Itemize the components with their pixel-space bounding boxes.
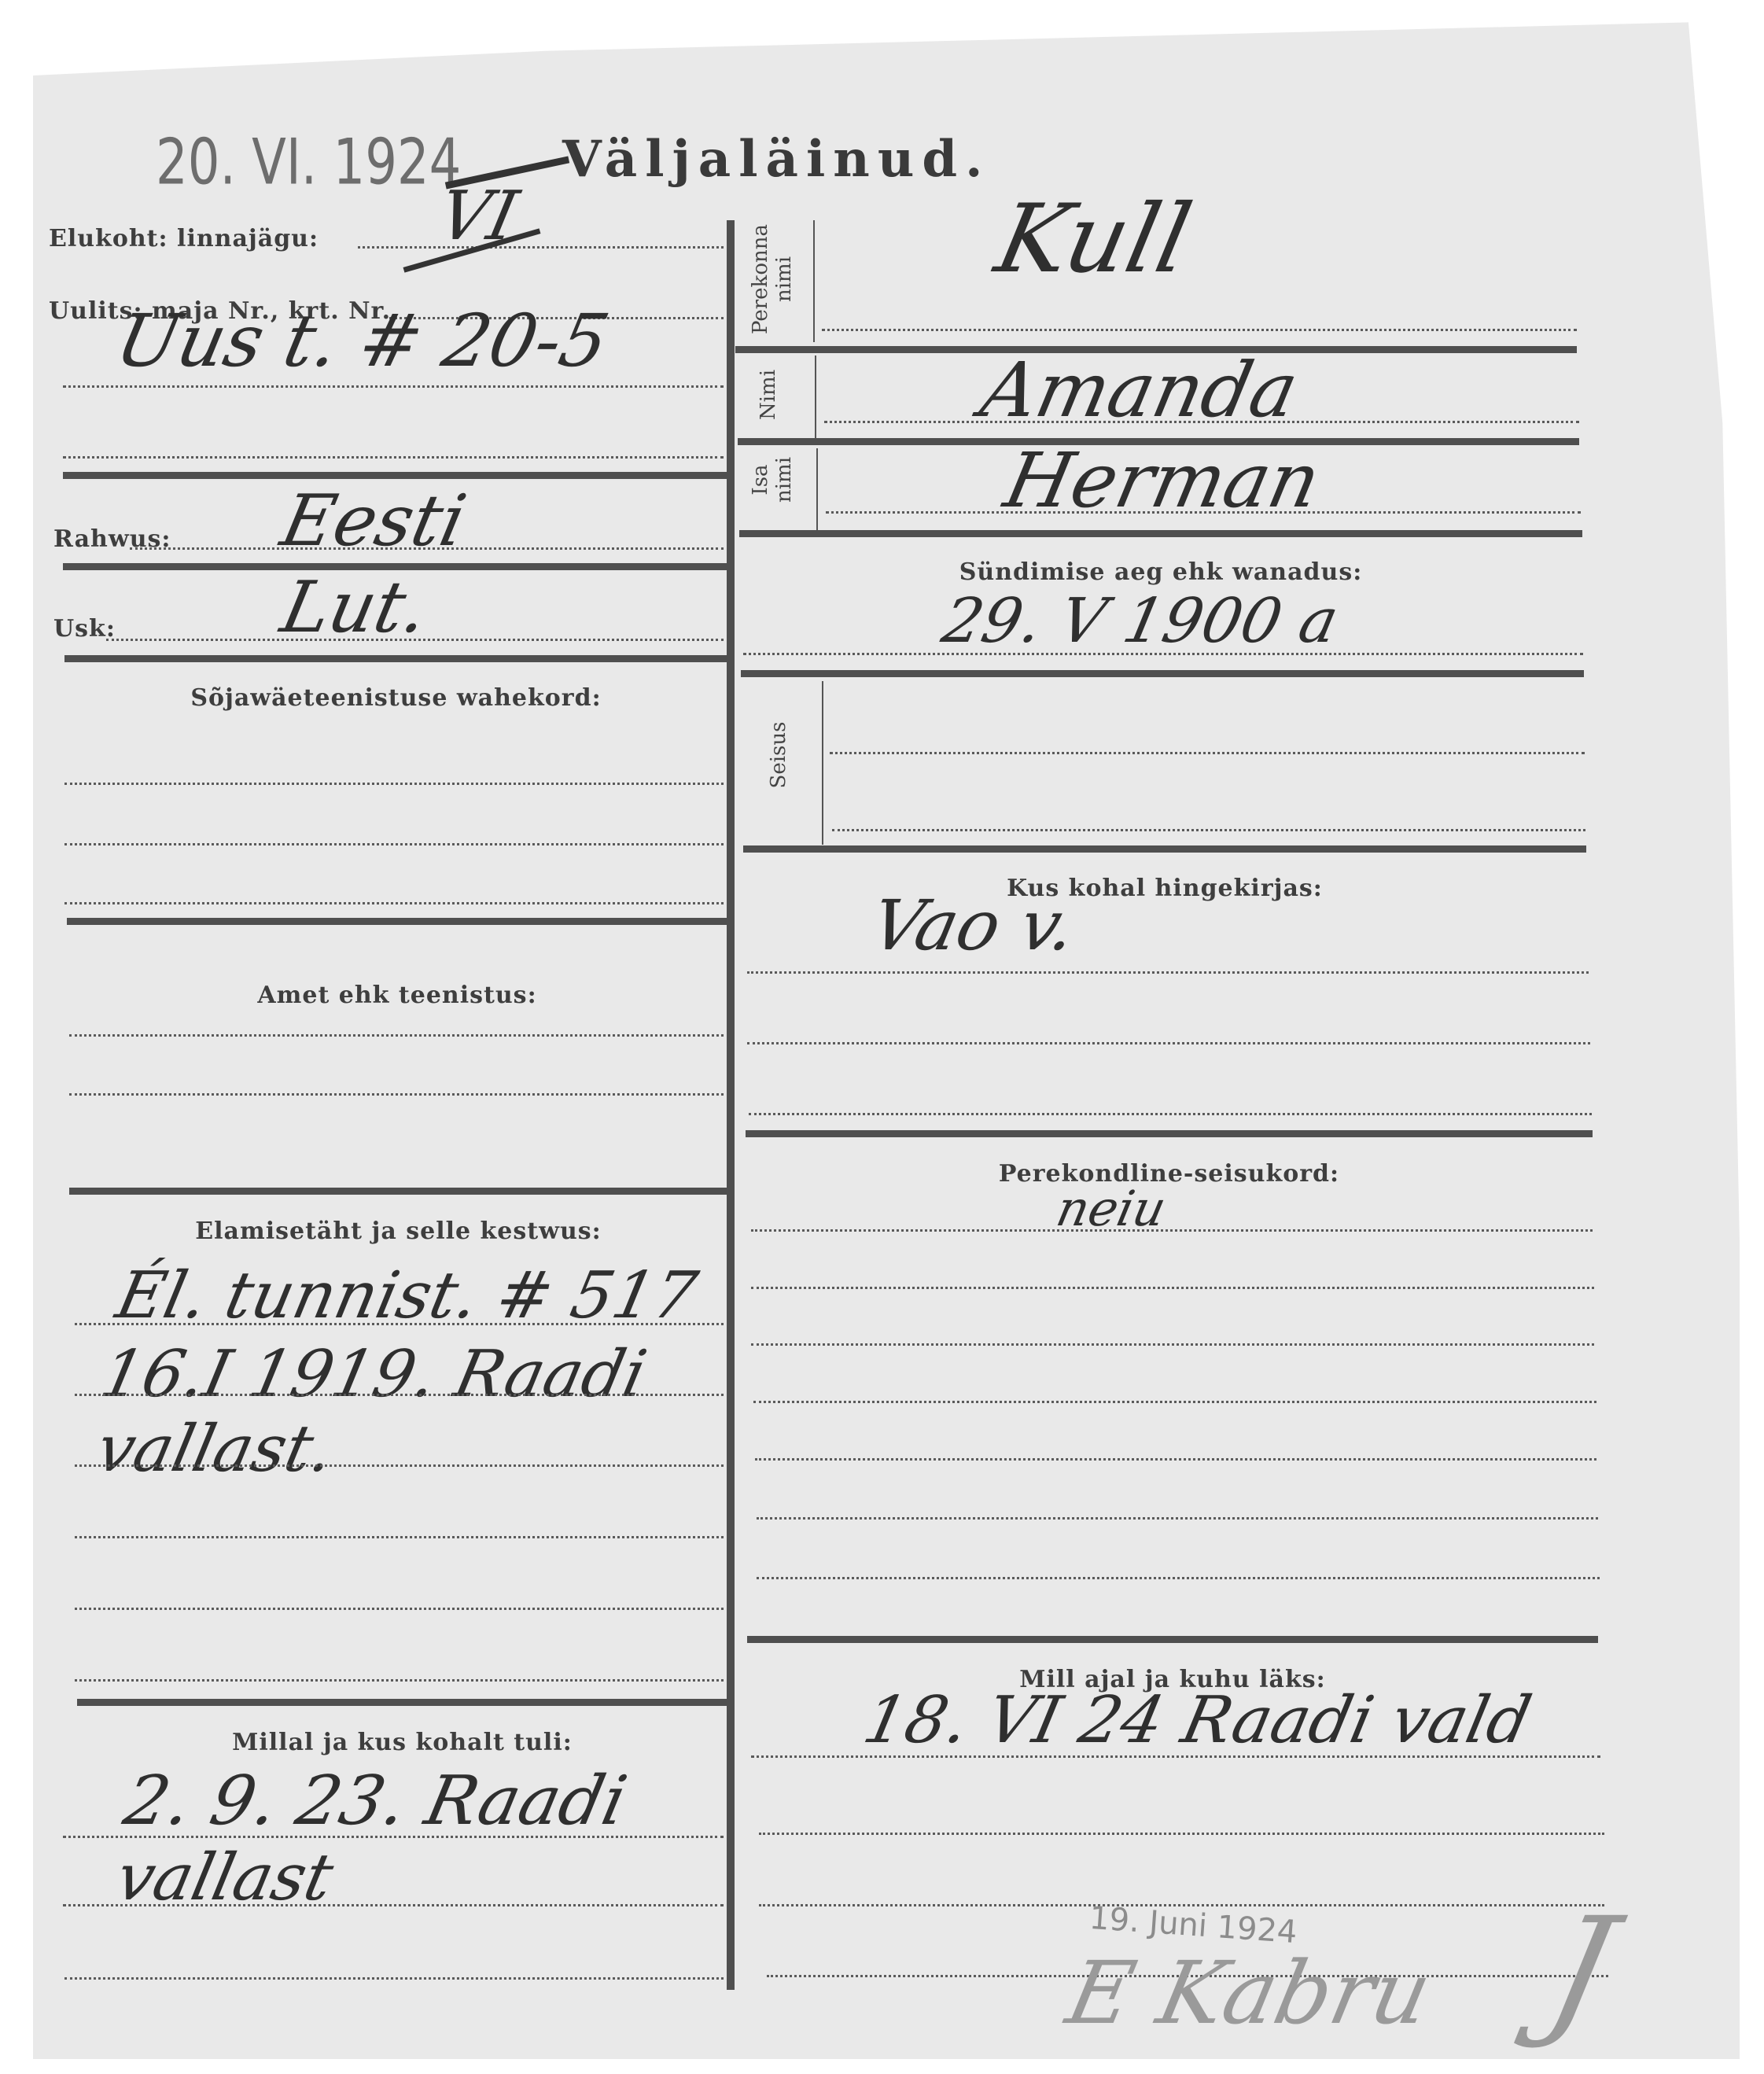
- dotted-line: [64, 1977, 724, 1980]
- dotted-line: [753, 1401, 1596, 1403]
- value-elamisetaht-line-1: Él. tunnist. # 517: [110, 1258, 703, 1333]
- rule: [739, 530, 1582, 537]
- dotted-line: [824, 421, 1579, 423]
- dotted-line: [751, 1229, 1593, 1232]
- rule: [63, 472, 727, 479]
- dotted-line: [75, 1608, 724, 1610]
- dotted-line: [358, 246, 724, 249]
- label-isanimi-line-1: Isa: [749, 444, 772, 515]
- dotted-line: [64, 843, 724, 845]
- dotted-line: [822, 329, 1577, 331]
- label-nimi: Nimi: [757, 355, 780, 434]
- label-perekonnanimi-line-2: nimi: [772, 220, 796, 338]
- dotted-line: [755, 1458, 1596, 1461]
- label-elamisetaht: Elamisetäht ja selle kestwus:: [69, 1218, 727, 1245]
- rule: [746, 1130, 1593, 1137]
- dotted-line: [69, 1093, 724, 1096]
- value-sundimise: 29. V 1900 a: [936, 586, 1344, 657]
- dotted-line: [75, 1536, 724, 1538]
- label-sojavae: Sõjawäeteenistuse wahekord:: [64, 684, 727, 712]
- dotted-line: [759, 1833, 1604, 1835]
- dotted-line: [757, 1517, 1598, 1520]
- rule: [67, 918, 727, 925]
- value-perekonnanimi: Kull: [987, 185, 1200, 294]
- label-perekonnanimi: Perekonna nimi: [749, 220, 796, 338]
- value-lahkus: 18. VI 24 Raadi vald: [857, 1683, 1538, 1758]
- label-elukoht: Elukoht: linnajägu:: [49, 225, 319, 252]
- dotted-line: [832, 829, 1585, 831]
- label-separator: [813, 220, 815, 342]
- label-separator: [816, 448, 818, 531]
- dotted-line: [749, 1113, 1592, 1115]
- document-title: Väljaläinud.: [562, 130, 990, 189]
- value-elamisetaht-line-2: 16.I 1919. Raadi: [94, 1337, 653, 1412]
- dotted-line: [747, 1042, 1590, 1044]
- value-rahvus: Eesti: [274, 480, 473, 562]
- label-seisus: Seisus: [767, 700, 790, 810]
- center-divider: [727, 220, 735, 1990]
- dotted-line: [63, 1904, 724, 1906]
- dotted-line: [75, 1679, 724, 1682]
- dotted-line: [69, 1034, 724, 1037]
- label-separator: [815, 355, 816, 438]
- signature: E Kabru: [1059, 1943, 1439, 2043]
- dotted-line: [63, 456, 724, 459]
- dotted-line: [751, 1755, 1600, 1758]
- dotted-line: [826, 511, 1581, 514]
- dotted-line: [75, 1394, 724, 1396]
- date-stamp: 20. VI. 1924: [156, 127, 461, 200]
- rule: [64, 655, 727, 662]
- value-usk: Lut.: [274, 566, 436, 649]
- label-sundimise: Sündimise aeg ehk wanadus:: [739, 558, 1582, 586]
- dotted-line: [64, 902, 724, 904]
- rule: [69, 1188, 727, 1195]
- dotted-line: [743, 653, 1583, 655]
- value-hingekirjas: Vao v.: [864, 885, 1083, 966]
- rule: [743, 845, 1586, 853]
- rule: [741, 670, 1584, 677]
- dotted-line: [757, 1577, 1600, 1579]
- label-separator: [822, 681, 823, 845]
- rule: [747, 1636, 1598, 1643]
- dotted-line: [75, 1323, 724, 1325]
- label-amet: Amet ehk teenistus:: [67, 982, 727, 1009]
- dotted-line: [751, 1287, 1594, 1289]
- dotted-line: [64, 783, 724, 785]
- label-isanimi: Isa nimi: [749, 444, 796, 515]
- value-millal-tuli-line-1: 2. 9. 23. Raadi: [117, 1762, 633, 1840]
- label-hingekirjas: Kus kohal hingekirjas:: [743, 875, 1586, 902]
- value-uulits: Uus t. # 20-5: [109, 299, 616, 383]
- dotted-line: [830, 752, 1585, 754]
- dotted-line: [747, 971, 1589, 974]
- dotted-line: [75, 1464, 724, 1467]
- dotted-line: [63, 1836, 724, 1838]
- label-isanimi-line-2: nimi: [772, 444, 796, 515]
- dotted-line: [751, 1343, 1594, 1346]
- label-perekonnanimi-line-1: Perekonna: [749, 220, 772, 338]
- label-millal-tuli: Millal ja kus kohalt tuli:: [77, 1729, 727, 1756]
- value-elamisetaht-line-3: vallast.: [90, 1412, 341, 1486]
- dotted-line: [63, 385, 724, 388]
- rule: [77, 1699, 727, 1706]
